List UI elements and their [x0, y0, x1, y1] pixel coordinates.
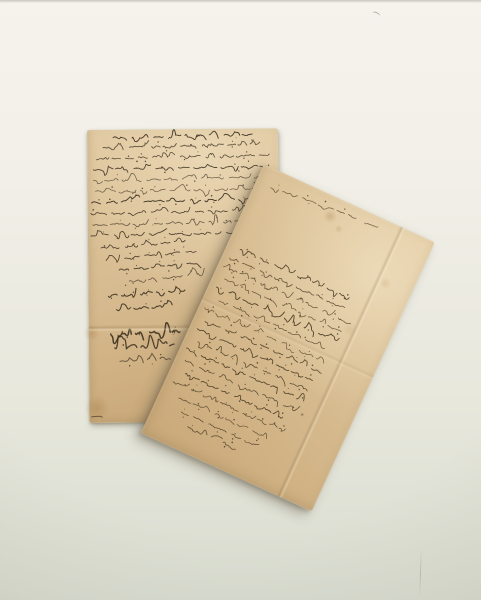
- background-speck: [371, 11, 380, 19]
- photo-two-ottoman-letters: [0, 0, 481, 600]
- photo-top-edge-shade: [0, 0, 481, 3]
- background-scratch: [419, 548, 422, 598]
